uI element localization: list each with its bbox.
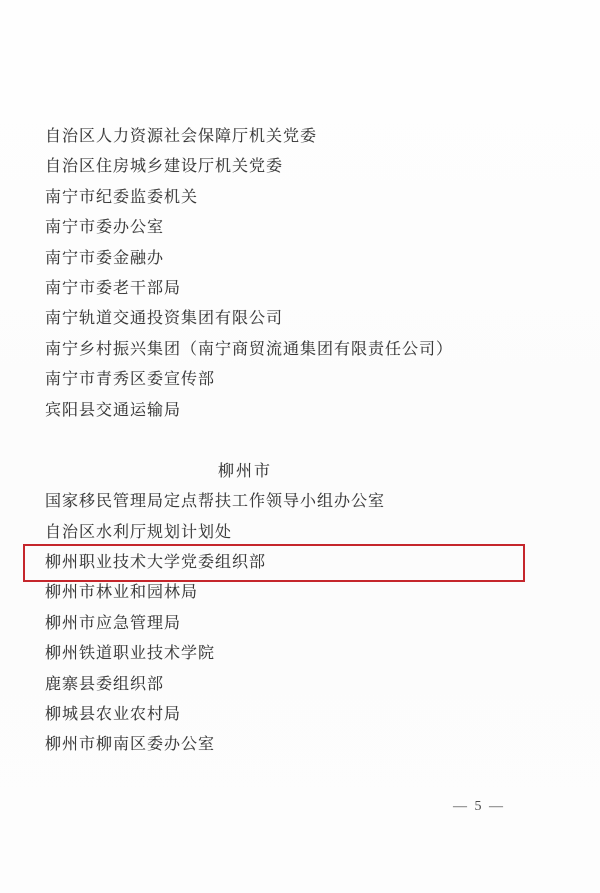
org-list-item: 柳州市柳南区委办公室 bbox=[0, 730, 600, 760]
org-list-item: 自治区住房城乡建设厅机关党委 bbox=[0, 152, 600, 182]
org-list-item: 柳州市林业和园林局 bbox=[0, 578, 600, 608]
org-list-item: 南宁市委老干部局 bbox=[0, 274, 600, 304]
org-list-item: 柳城县农业农村局 bbox=[0, 700, 600, 730]
org-list-item: 南宁市纪委监委机关 bbox=[0, 183, 600, 213]
org-list-item-highlighted: 柳州职业技术大学党委组织部 bbox=[0, 548, 600, 578]
org-list-item: 自治区水利厅规划计划处 bbox=[0, 518, 600, 548]
org-list-item: 鹿寨县委组织部 bbox=[0, 670, 600, 700]
org-list-item: 南宁轨道交通投资集团有限公司 bbox=[0, 304, 600, 334]
highlighted-item-label: 柳州职业技术大学党委组织部 bbox=[45, 554, 266, 571]
document-page: 自治区人力资源社会保障厅机关党委 自治区住房城乡建设厅机关党委 南宁市纪委监委机… bbox=[0, 0, 600, 893]
page-number: — 5 — bbox=[453, 799, 505, 815]
org-list-item: 柳州铁道职业技术学院 bbox=[0, 639, 600, 669]
org-list-item: 国家移民管理局定点帮扶工作领导小组办公室 bbox=[0, 487, 600, 517]
org-list-item: 宾阳县交通运输局 bbox=[0, 396, 600, 426]
org-list: 自治区人力资源社会保障厅机关党委 自治区住房城乡建设厅机关党委 南宁市纪委监委机… bbox=[0, 122, 600, 761]
org-list-item: 南宁市委办公室 bbox=[0, 213, 600, 243]
org-list-item: 自治区人力资源社会保障厅机关党委 bbox=[0, 122, 600, 152]
section-heading-liuzhou: 柳州市 bbox=[45, 457, 445, 487]
org-list-item: 南宁乡村振兴集团（南宁商贸流通集团有限责任公司） bbox=[0, 335, 600, 365]
org-list-item: 柳州市应急管理局 bbox=[0, 609, 600, 639]
org-list-item: 南宁市委金融办 bbox=[0, 244, 600, 274]
org-list-item: 南宁市青秀区委宣传部 bbox=[0, 365, 600, 395]
